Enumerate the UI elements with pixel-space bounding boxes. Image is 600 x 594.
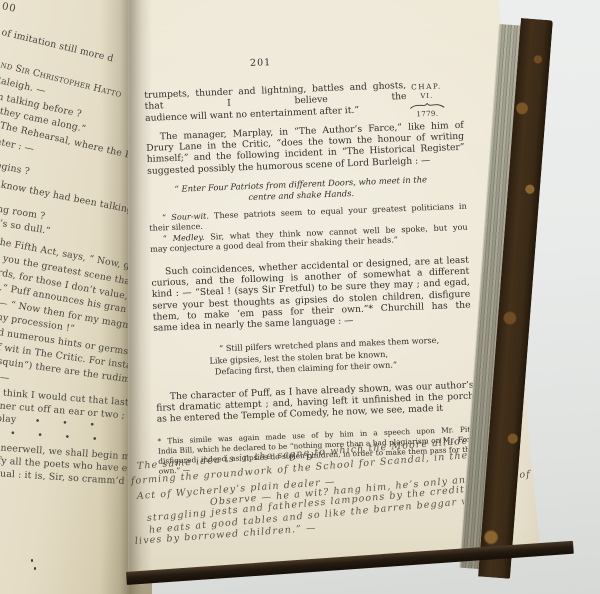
dialogue-quote: “ Sour-wit. These patriots seem to equal… bbox=[149, 201, 468, 255]
ink-dot bbox=[31, 559, 33, 562]
left-page-line: 00 bbox=[1, 1, 18, 15]
paragraph-trumpets: trumpets, thunder and lightning, battles… bbox=[144, 80, 407, 124]
left-page-line: ater : — bbox=[0, 136, 35, 155]
marginal-year: 1779. bbox=[406, 109, 448, 119]
verse-quote: “ Still pilfers wretched plans and makes… bbox=[209, 334, 473, 378]
stage-direction: “ Enter Four Patriots from different Doo… bbox=[148, 173, 455, 207]
page-number: 201 bbox=[143, 53, 378, 73]
paragraph-coincidences: Such coincidences, whether accidental or… bbox=[151, 254, 471, 334]
left-page-line: egins ? bbox=[0, 160, 31, 177]
gutter-shadow bbox=[100, 0, 152, 594]
paragraph-puff: The character of Puff, as I have already… bbox=[156, 379, 475, 425]
chapter-number: VI. bbox=[406, 91, 448, 101]
chapter-label: CHAP. bbox=[405, 82, 447, 92]
chapter-marginal-note: CHAP. VI. 1779. bbox=[405, 82, 448, 119]
left-page-line: m of imitation still more d bbox=[0, 24, 115, 64]
ink-dot bbox=[34, 567, 36, 570]
left-page-line: — bbox=[0, 372, 10, 384]
paragraph-marplay: The manager, Marplay, in “The Author’s F… bbox=[146, 120, 466, 177]
brace-icon bbox=[409, 100, 445, 109]
open-book-photo: 00m of imitation still more dt and Sir C… bbox=[0, 0, 600, 594]
left-page-line: • • • • bbox=[10, 428, 98, 445]
